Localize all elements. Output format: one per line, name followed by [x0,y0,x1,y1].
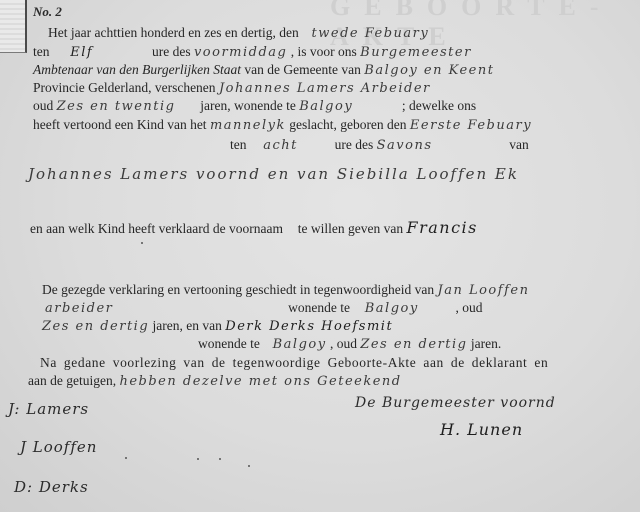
record-number: No. 2 [33,4,62,20]
printed-text: wonende te [198,336,260,351]
handwritten-occupation: arbeider [45,301,113,316]
handwritten-parents: Johannes Lamers voornd en van Siebilla L… [28,165,519,183]
line-1: Het jaar achttien honderd en zes en dert… [48,25,429,42]
signature-witness: D: Derks [14,478,89,496]
printed-text: Het jaar achttien honderd en zes en dert… [48,25,276,40]
document-page: GEBOORTE-AKTE No. 2 Het jaar achttien ho… [0,0,640,512]
paper-speck [125,457,127,459]
handwritten-witness-2: Derk Derks Hoefsmit [225,319,393,334]
handwritten-age: Zes en twentig [57,99,176,114]
handwritten-gender: mannelyk [210,118,286,133]
handwritten-age: Zes en dertig [42,319,149,334]
handwritten-residence: Balgoy [299,99,353,114]
printed-text: oud [33,98,53,113]
handwritten-hour: Elf [70,45,93,60]
line-3: Ambtenaar van den Burgerlijken Staat van… [33,62,494,79]
printed-text: ten [33,44,50,59]
printed-text: en aan welk Kind heeft verklaard de voor… [30,221,283,236]
line-2: ten Elf ure des voormiddag , is voor ons… [33,44,472,61]
printed-text: jaren, en van [153,318,222,333]
printed-text: den [279,25,299,40]
handwritten-birth-daypart: Savons [377,138,433,153]
handwritten-child-name: Francis [406,218,477,237]
handwritten-daypart: voormiddag [194,45,287,60]
printed-text: wonende te [288,300,350,315]
printed-italic-text: Ambtenaar van den Burgerlijken Staat [33,62,241,77]
line-11: arbeider wonende te Balgoy , oud [45,300,482,317]
handwritten-witness-1: Jan Looffen [438,283,530,298]
handwritten-date: twede Febuary [312,26,430,41]
printed-text: ure des [335,137,374,152]
printed-text: Na gedane voorlezing van de tegenwoordig… [40,355,548,370]
line-13: wonende te Balgoy , oud Zes en dertig ja… [198,336,501,353]
printed-text: aan de getuigen, [28,373,116,388]
printed-text: heeft vertoond een Kind van het [33,117,207,132]
handwritten-age: Zes en dertig [360,337,467,352]
paper-speck [197,458,199,460]
handwritten-declarant: Johannes Lamers Arbeider [219,81,431,96]
printed-text: ten [230,137,247,152]
line-7: ten acht ure des Savons van [230,137,529,154]
line-8: Johannes Lamers voornd en van Siebilla L… [28,166,519,183]
line-5: oud Zes en twentig jaren, wonende te Bal… [33,98,476,115]
line-15: aan de getuigen, hebben dezelve met ons … [28,373,402,390]
printed-text: van de Gemeente van [244,62,361,77]
line-4: Provincie Gelderland, verschenen Johanne… [33,80,431,97]
printed-text: te willen geven van [298,221,403,236]
handwritten-municipality: Balgoy en Keent [364,63,494,78]
mayor-signature: H. Lunen [440,420,523,439]
printed-text: De gezegde verklaring en vertooning gesc… [42,282,434,297]
printed-text: jaren, wonende te [200,98,296,113]
printed-text: , is voor ons [291,44,357,59]
handwritten-official: Burgemeester [360,45,472,60]
paper-speck [248,465,250,467]
printed-text: van [509,137,529,152]
mayor-title: De Burgemeester voornd [355,395,556,411]
handwritten-residence: Balgoy [273,337,327,352]
line-10: De gezegde verklaring en vertooning gesc… [42,282,529,299]
printed-text: ure des [152,44,191,59]
page-thumbnail[interactable] [0,0,27,53]
signature-witness: J Looffen [20,438,97,456]
handwritten-birth-date: Eerste Febuary [410,118,532,133]
line-6: heeft vertoond een Kind van het mannelyk… [33,117,532,134]
line-14: Na gedane voorlezing van de tegenwoordig… [40,355,548,371]
line-9: en aan welk Kind heeft verklaard de voor… [30,220,478,237]
handwritten-birth-hour: acht [263,138,298,153]
paper-speck [141,242,143,244]
printed-text: jaren. [471,336,501,351]
printed-text: , oud [330,336,357,351]
line-12: Zes en dertig jaren, en van Derk Derks H… [42,318,393,335]
signature-witness: J: Lamers [8,400,89,418]
printed-text: , oud [455,300,482,315]
handwritten-residence: Balgoy [365,301,419,316]
paper-speck [219,458,221,460]
printed-text: geslacht, geboren den [289,117,406,132]
handwritten-closing: hebben dezelve met ons Geteekend [119,374,401,389]
printed-text: Provincie Gelderland, verschenen [33,80,216,95]
printed-text: ; dewelke ons [402,98,476,113]
